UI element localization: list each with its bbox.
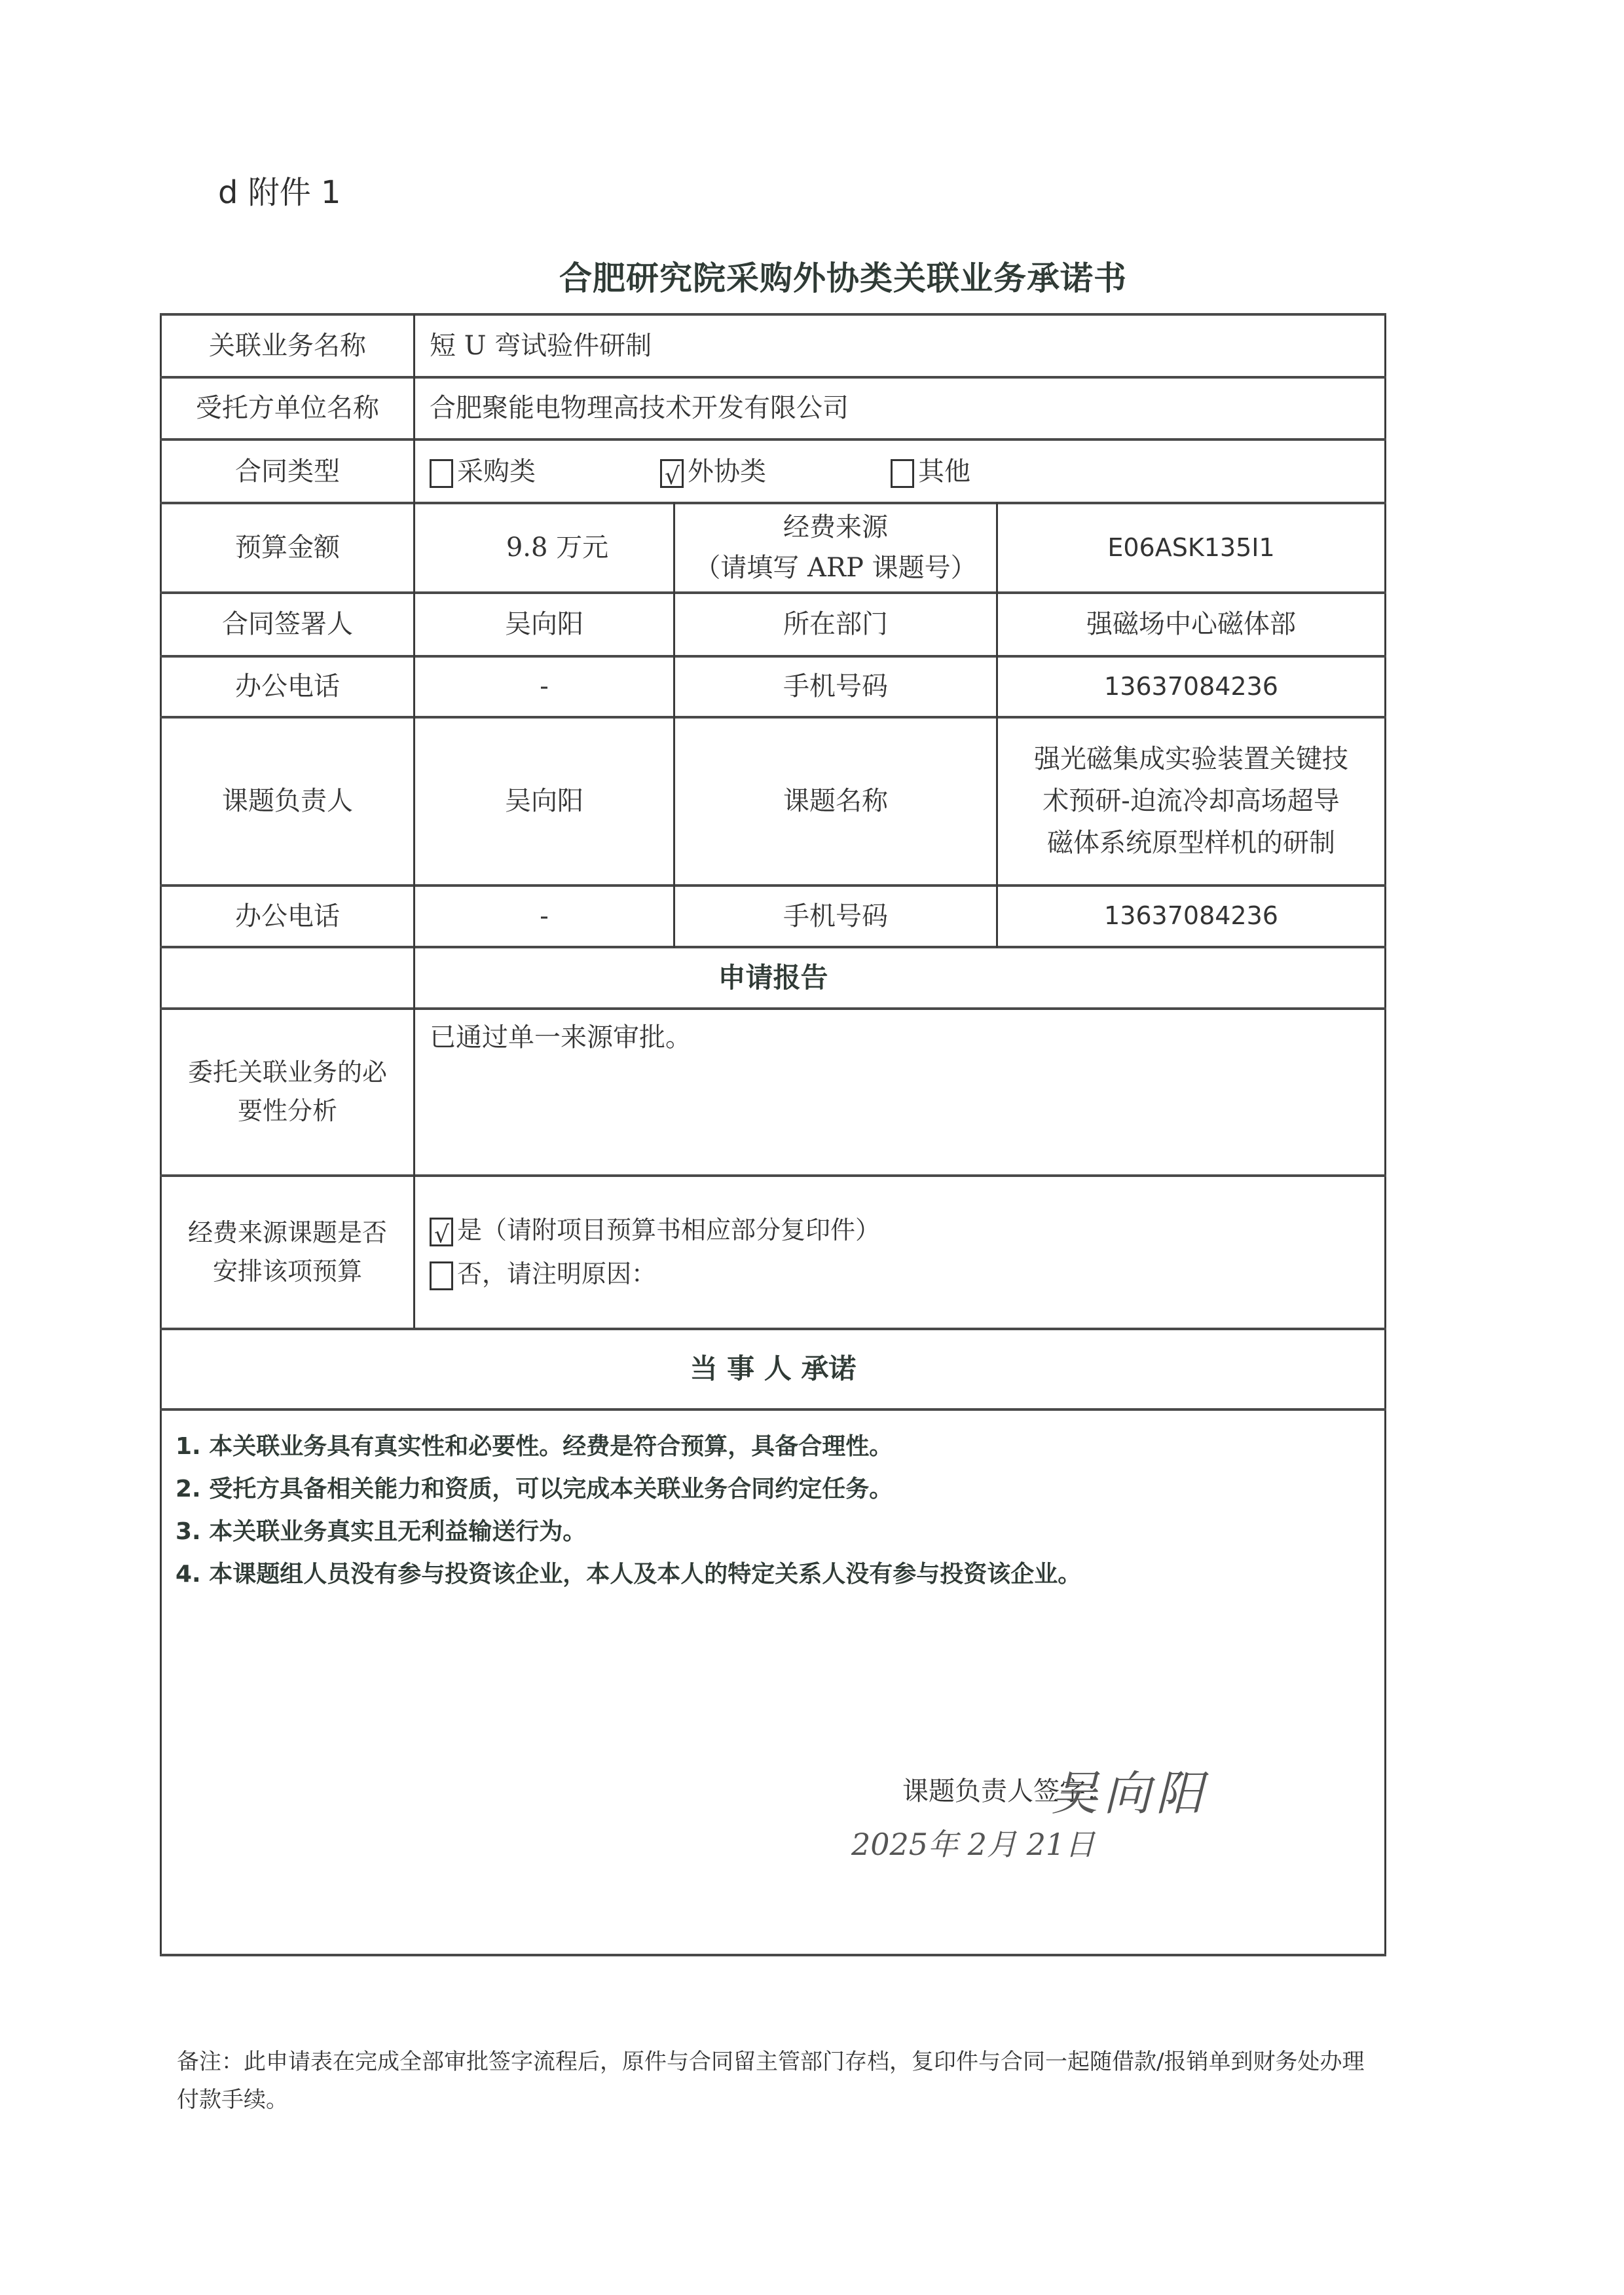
necessity-value[interactable]: 已通过单一来源审批。 — [415, 1009, 1384, 1174]
budget-arranged-options: 是（请附项目预算书相应部分复印件） 否，请注明原因： — [415, 1176, 1384, 1328]
checkbox-icon[interactable] — [430, 459, 453, 488]
budget-arranged-no[interactable]: 否，请注明原因： — [430, 1255, 880, 1294]
page-title: 合肥研究院采购外协类关联业务承诺书 — [0, 252, 1624, 299]
business-name-value[interactable]: 短 U 弯试验件研制 — [415, 314, 1384, 377]
contract-type-outsourcing[interactable]: 外协类 — [660, 451, 766, 492]
pledge-heading: 当 事 人 承诺 — [162, 1330, 1384, 1408]
table-border-right — [1384, 316, 1386, 1956]
checkbox-checked-icon[interactable] — [430, 1218, 453, 1246]
project-name-value[interactable]: 强光磁集成实验装置关键技 术预研-迫流冷却高场超导 磁体系统原型样机的研制 — [998, 718, 1384, 884]
department-label: 所在部门 — [675, 593, 996, 655]
checkbox-checked-icon[interactable] — [660, 459, 684, 488]
signatory-mobile-label: 手机号码 — [675, 657, 996, 716]
budget-arranged-yes[interactable]: 是（请附项目预算书相应部分复印件） — [430, 1211, 880, 1250]
pledge-item-4: 4. 本课题组人员没有参与投资该企业，本人及本人的特定关系人没有参与投资该企业。 — [175, 1556, 1081, 1589]
business-name-label: 关联业务名称 — [162, 314, 413, 377]
checkbox-icon[interactable] — [891, 459, 914, 488]
pledge-item-2: 2. 受托方具备相关能力和资质，可以完成本关联业务合同约定任务。 — [175, 1470, 893, 1504]
funding-source-label: 经费来源 （请填写 ARP 课题号） — [675, 504, 996, 591]
signatory-office-phone-value[interactable]: - — [415, 657, 673, 716]
contract-type-options: 采购类 外协类 其他 — [415, 440, 1384, 502]
project-leader-value[interactable]: 吴向阳 — [415, 718, 673, 884]
row-line — [160, 1954, 1386, 1956]
pledge-item-1: 1. 本关联业务具有真实性和必要性。经费是符合预算，具备合理性。 — [175, 1428, 893, 1461]
signatory-mobile-value[interactable]: 13637084236 — [998, 657, 1384, 716]
checkbox-icon[interactable] — [430, 1261, 453, 1290]
budget-label: 预算金额 — [162, 504, 413, 591]
leader-mobile-label: 手机号码 — [675, 886, 996, 946]
row-line — [160, 1408, 1386, 1411]
attachment-label: d 附件 1 — [218, 167, 341, 212]
entrusted-party-label: 受托方单位名称 — [162, 377, 413, 439]
pledge-item-3: 3. 本关联业务真实且无利益输送行为。 — [175, 1513, 586, 1546]
entrusted-party-value[interactable]: 合肥聚能电物理高技术开发有限公司 — [415, 377, 1384, 439]
necessity-label: 委托关联业务的必 要性分析 — [162, 1009, 413, 1174]
signature-date[interactable]: 2025年 2月 21日 — [851, 1821, 1095, 1864]
funding-source-value[interactable]: E06ASK135I1 — [998, 504, 1384, 591]
handwritten-signature[interactable]: 吴向阳 — [1051, 1755, 1208, 1823]
project-name-label: 课题名称 — [675, 718, 996, 884]
contract-type-label: 合同类型 — [162, 440, 413, 502]
leader-mobile-value[interactable]: 13637084236 — [998, 886, 1384, 946]
department-value[interactable]: 强磁场中心磁体部 — [998, 593, 1384, 655]
budget-value[interactable]: 9.8 万元 — [415, 504, 673, 591]
contract-type-purchase[interactable]: 采购类 — [430, 451, 536, 492]
footer-note: 备注：此申请表在完成全部审批签字流程后，原件与合同留主管部门存档，复印件与合同一… — [177, 2043, 1382, 2119]
application-report-heading: 申请报告 — [162, 948, 1384, 1007]
signatory-label: 合同签署人 — [162, 593, 413, 655]
budget-arranged-label: 经费来源课题是否 安排该项预算 — [162, 1176, 413, 1328]
signatory-office-phone-label: 办公电话 — [162, 657, 413, 716]
leader-office-phone-value[interactable]: - — [415, 886, 673, 946]
project-leader-label: 课题负责人 — [162, 718, 413, 884]
contract-type-other[interactable]: 其他 — [891, 451, 970, 492]
signatory-value[interactable]: 吴向阳 — [415, 593, 673, 655]
leader-office-phone-label: 办公电话 — [162, 886, 413, 946]
